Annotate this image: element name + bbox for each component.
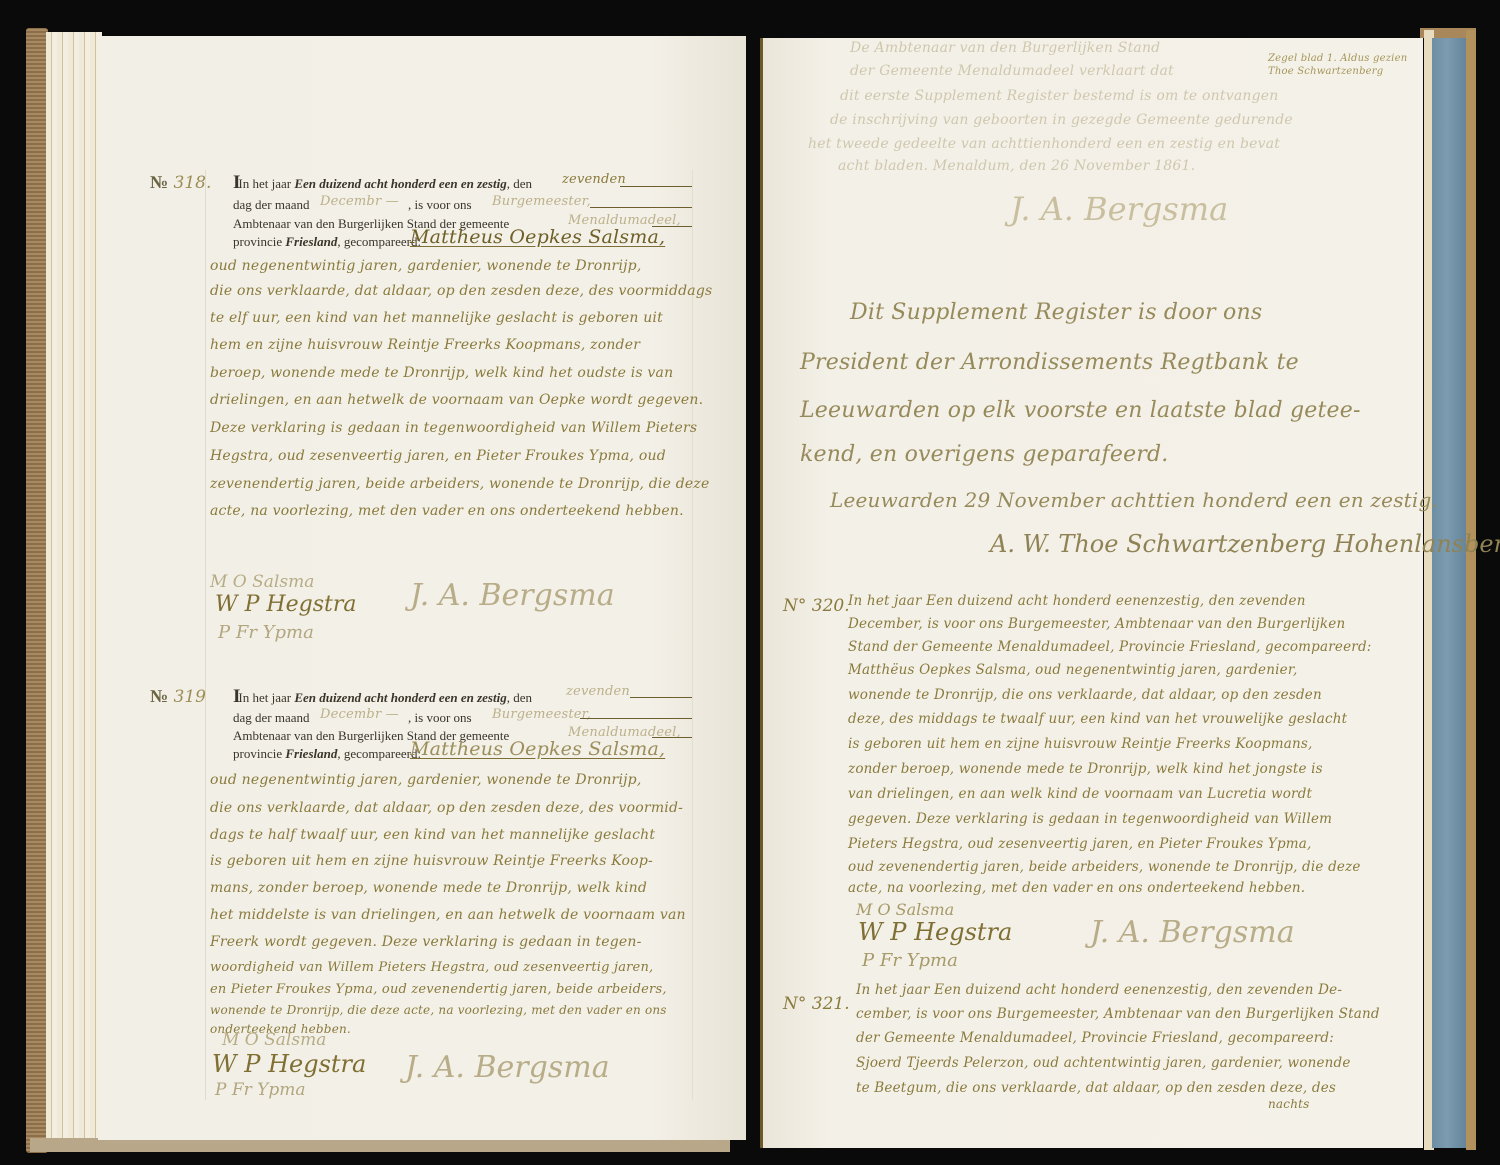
hw-line: mans, zonder beroep, wonende mede te Dro…	[210, 880, 647, 896]
signature-witness1: W P Hegstra	[212, 1050, 366, 1078]
hw-line: van drielingen, en aan welk kind de voor…	[848, 786, 1312, 802]
fill-line	[620, 186, 692, 187]
hw-month: Decembr —	[320, 194, 399, 209]
hw-line: beroep, wonende mede te Dronrijp, welk k…	[210, 365, 673, 381]
court-note-line: Leeuwarden 29 November achttien honderd …	[830, 488, 1438, 512]
court-note-line: kend, en overigens geparafeerd.	[800, 442, 1168, 467]
header-note-line: De Ambtenaar van den Burgerlijken Stand	[850, 40, 1160, 56]
court-note-line: President der Arrondissements Regtbank t…	[800, 350, 1299, 375]
hw-line: wonende te Dronrijp, die ons verklaarde,…	[848, 687, 1322, 703]
hw-line: en Pieter Froukes Ypma, oud zevenenderti…	[210, 982, 667, 997]
signature-witness2: P Fr Ypma	[862, 950, 958, 971]
hw-line: te elf uur, een kind van het mannelijke …	[210, 310, 663, 326]
hw-line: zonder beroep, wonende mede te Dronrijp,…	[848, 761, 1323, 777]
hw-line: woordigheid van Willem Pieters Hegstra, …	[210, 960, 653, 975]
hw-line: drielingen, en aan hetwelk de voornaam v…	[210, 392, 703, 408]
hw-line: December, is voor ons Burgemeester, Ambt…	[848, 616, 1345, 632]
signature-father: M O Salsma	[856, 900, 954, 919]
header-note-line: het tweede gedeelte van achttienhonderd …	[808, 136, 1280, 152]
hw-line: oud zevenendertig jaren, beide arbeiders…	[848, 859, 1361, 875]
fill-line	[590, 207, 692, 208]
printed-line-1: IIn het jaar Een duizend acht honderd ee…	[233, 686, 532, 708]
hw-line: wonende te Dronrijp, die deze acte, na v…	[210, 1003, 667, 1017]
signature-witness1: W P Hegstra	[215, 592, 356, 617]
left-page-edges	[46, 32, 102, 1142]
hw-line: die ons verklaarde, dat aldaar, op den z…	[210, 800, 683, 816]
fill-line	[630, 697, 692, 698]
signature-witness1: W P Hegstra	[858, 918, 1012, 946]
margin-note: Zegel blad 1. Aldus gezien Thoe Schwartz…	[1268, 52, 1428, 78]
hw-line: die ons verklaarde, dat aldaar, op den z…	[210, 283, 712, 299]
hw-day: zevenden	[562, 172, 626, 187]
signature-father: M O Salsma	[222, 1030, 326, 1050]
hw-line: cember, is voor ons Burgemeester, Ambten…	[856, 1006, 1380, 1022]
hw-line: Matthëus Oepkes Salsma, oud negenentwint…	[848, 662, 1298, 678]
hw-line: Sjoerd Tjeerds Pelerzon, oud achtentwint…	[856, 1055, 1351, 1071]
header-note-line: der Gemeente Menaldumadeel verklaart dat	[850, 63, 1174, 79]
left-cover-spine	[26, 28, 48, 1153]
entry-number-318: № 318.	[150, 172, 211, 193]
hw-line: Freerk wordt gegeven. Deze verklaring is…	[210, 934, 642, 950]
hw-line: zevenendertig jaren, beide arbeiders, wo…	[210, 476, 709, 492]
fill-line	[580, 718, 692, 719]
hw-month: Decembr —	[320, 707, 399, 722]
court-note-line: Leeuwarden op elk voorste en laatste bla…	[800, 398, 1361, 423]
hw-line: gegeven. Deze verklaring is gedaan in te…	[848, 811, 1332, 827]
printed-line-4: provincie Friesland, gecompareerd:	[233, 746, 421, 762]
court-note-line: Dit Supplement Register is door ons	[850, 300, 1262, 325]
hw-line: het middelste is van drielingen, en aan …	[210, 907, 686, 923]
right-cover-spine	[1466, 30, 1476, 1150]
entry-number-321: N° 321.	[783, 994, 850, 1014]
hw-line: deze, des middags te twaalf uur, een kin…	[848, 711, 1347, 727]
hw-day: zevenden	[566, 684, 630, 699]
catchword: nachts	[1268, 1097, 1310, 1111]
hw-line: is geboren uit hem en zijne huisvrouw Re…	[210, 853, 653, 869]
hw-line: Deze verklaring is gedaan in tegenwoordi…	[210, 420, 697, 436]
hw-official: Burgemeester,	[492, 194, 591, 209]
hw-line: Stand der Gemeente Menaldumadeel, Provin…	[848, 639, 1372, 655]
hw-father-name: Mattheus Oepkes Salsma,	[410, 738, 665, 760]
header-note-line: de inschrijving van geboorten in gezegde…	[830, 112, 1293, 128]
hw-line: Hegstra, oud zesenveertig jaren, en Piet…	[210, 448, 666, 464]
signature-official: J. A. Bergsma	[410, 578, 615, 613]
court-note-signature: A. W. Thoe Schwartzenberg Hohenlansberg	[990, 530, 1500, 558]
printed-line-4: provincie Friesland, gecompareerd:	[233, 234, 421, 250]
header-note-line: acht bladen. Menaldum, den 26 November 1…	[838, 158, 1195, 174]
header-note-signature: J. A. Bergsma	[1010, 190, 1228, 228]
hw-line: hem en zijne huisvrouw Reintje Freerks K…	[210, 337, 640, 353]
hw-line: acte, na voorlezing, met den vader en on…	[210, 503, 684, 519]
printed-line-1: IIn het jaar Een duizend acht honderd ee…	[233, 172, 532, 194]
hw-line: oud negenentwintig jaren, gardenier, won…	[210, 772, 641, 788]
hw-line: dags te half twaalf uur, een kind van he…	[210, 827, 655, 843]
hw-line: In het jaar Een duizend acht honderd een…	[848, 593, 1306, 609]
hw-line: is geboren uit hem en zijne huisvrouw Re…	[848, 736, 1313, 752]
signature-official: J. A. Bergsma	[405, 1050, 610, 1085]
signature-witness2: P Fr Ypma	[218, 622, 314, 643]
hw-line: te Beetgum, die ons verklaarde, dat alda…	[856, 1080, 1336, 1096]
register-spread: № 318. IIn het jaar Een duizend acht hon…	[0, 0, 1500, 1165]
hw-official: Burgemeester,	[492, 707, 591, 722]
hw-father-name: Mattheus Oepkes Salsma,	[410, 226, 665, 248]
signature-father: M O Salsma	[210, 572, 314, 592]
blue-endpaper	[1432, 38, 1470, 1148]
hw-line: Pieters Hegstra, oud zesenveertig jaren,…	[848, 836, 1312, 852]
signature-official: J. A. Bergsma	[1090, 915, 1295, 950]
hw-line: In het jaar Een duizend acht honderd een…	[856, 982, 1342, 998]
hw-line: acte, na voorlezing, met den vader en on…	[848, 880, 1305, 896]
hw-line: oud negenentwintig jaren, gardenier, won…	[210, 258, 641, 274]
signature-witness2: P Fr Ypma	[215, 1080, 306, 1100]
entry-number-319: № 319	[150, 686, 206, 707]
header-note-line: dit eerste Supplement Register bestemd i…	[840, 88, 1278, 104]
hw-line: der Gemeente Menaldumadeel, Provincie Fr…	[856, 1030, 1334, 1046]
entry-number-320: N° 320.	[783, 596, 850, 616]
bottom-cover-edge	[30, 1138, 730, 1152]
